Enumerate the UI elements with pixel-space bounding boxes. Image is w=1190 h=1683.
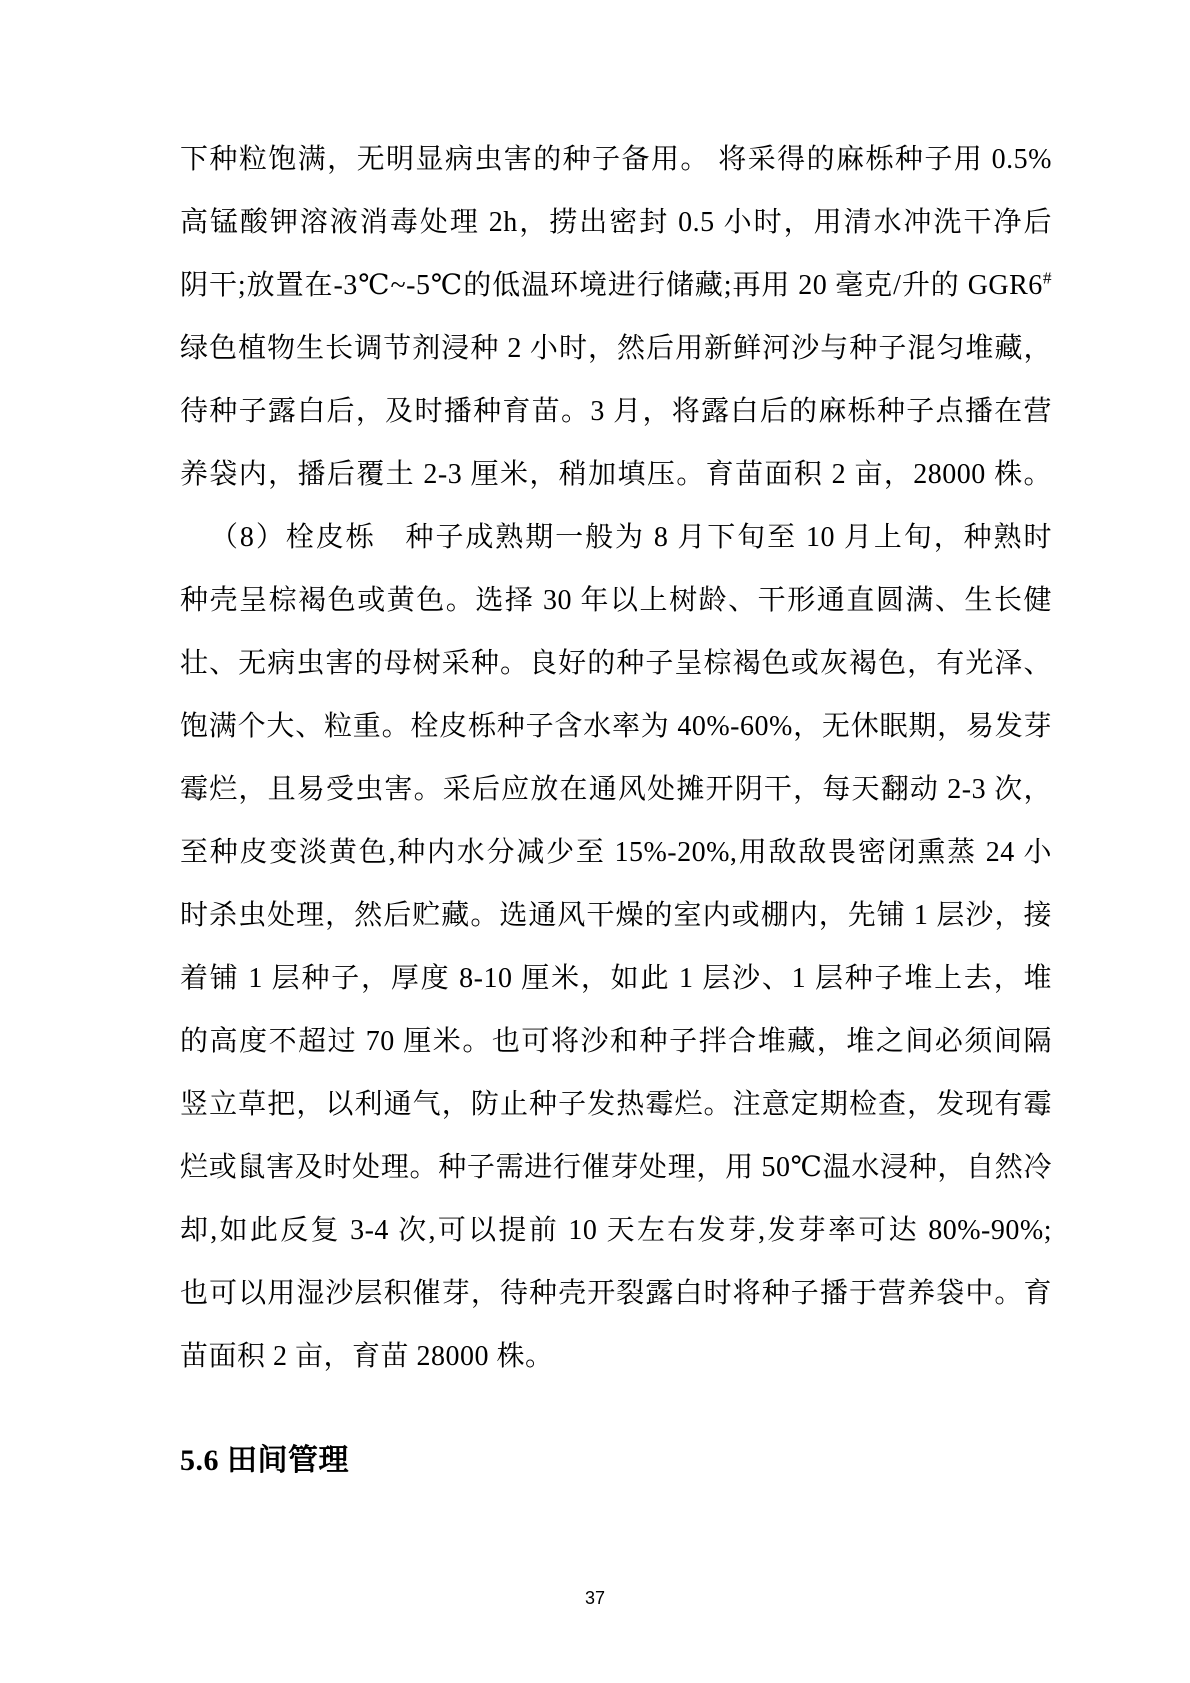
text-line: 待种子露白后，及时播种育苗。3 月，将露白后的麻栎种子点播在营 [180, 380, 1052, 443]
text-line: 养袋内，播后覆土 2-3 厘米，稍加填压。育苗面积 2 亩，28000 株。 [180, 443, 1052, 506]
text-line-main: 阴干;放置在-3℃~-5℃的低温环境进行储藏;再用 20 毫克/升的 GGR6 [180, 270, 1043, 301]
document-page: 下种粒饱满，无明显病虫害的种子备用。 将采得的麻栎种子用 0.5% 高锰酸钾溶液… [0, 0, 1190, 1683]
text-line: 至种皮变淡黄色,种内水分减少至 15%-20%,用敌敌畏密闭熏蒸 24 小 [180, 821, 1052, 884]
text-line: 竖立草把，以利通气，防止种子发热霉烂。注意定期检查，发现有霉 [180, 1073, 1052, 1136]
text-line: 壮、无病虫害的母树采种。良好的种子呈棕褐色或灰褐色，有光泽、 [180, 632, 1052, 695]
superscript-hash: # [1043, 269, 1052, 288]
document-body: 下种粒饱满，无明显病虫害的种子备用。 将采得的麻栎种子用 0.5% 高锰酸钾溶液… [180, 128, 1052, 1484]
text-line: 饱满个大、粒重。栓皮栎种子含水率为 40%-60%，无休眠期，易发芽 [180, 695, 1052, 758]
text-line-paragraph-end: 苗面积 2 亩，育苗 28000 株。 [180, 1325, 1052, 1388]
text-line: 时杀虫处理，然后贮藏。选通风干燥的室内或棚内，先铺 1 层沙，接 [180, 884, 1052, 947]
text-line: 阴干;放置在-3℃~-5℃的低温环境进行储藏;再用 20 毫克/升的 GGR6# [180, 254, 1052, 317]
text-line: 着铺 1 层种子，厚度 8-10 厘米，如此 1 层沙、1 层种子堆上去，堆 [180, 947, 1052, 1010]
section-heading: 5.6 田间管理 [180, 1438, 1052, 1484]
text-line: 下种粒饱满，无明显病虫害的种子备用。 将采得的麻栎种子用 0.5% [180, 128, 1052, 191]
text-line: 烂或鼠害及时处理。种子需进行催芽处理，用 50℃温水浸种，自然冷 [180, 1136, 1052, 1199]
text-line: 的高度不超过 70 厘米。也可将沙和种子拌合堆藏，堆之间必须间隔 [180, 1010, 1052, 1073]
text-line-paragraph-start: （8）栓皮栎 种子成熟期一般为 8 月下旬至 10 月上旬，种熟时 [180, 506, 1052, 569]
page-number: 37 [0, 1588, 1190, 1609]
text-line: 霉烂，且易受虫害。采后应放在通风处摊开阴干，每天翻动 2-3 次， [180, 758, 1052, 821]
text-line: 却,如此反复 3-4 次,可以提前 10 天左右发芽,发芽率可达 80%-90%… [180, 1199, 1052, 1262]
text-line: 绿色植物生长调节剂浸种 2 小时，然后用新鲜河沙与种子混匀堆藏， [180, 317, 1052, 380]
text-line: 也可以用湿沙层积催芽，待种壳开裂露白时将种子播于营养袋中。育 [180, 1262, 1052, 1325]
text-line: 种壳呈棕褐色或黄色。选择 30 年以上树龄、干形通直圆满、生长健 [180, 569, 1052, 632]
text-line: 高锰酸钾溶液消毒处理 2h，捞出密封 0.5 小时，用清水冲洗干净后 [180, 191, 1052, 254]
